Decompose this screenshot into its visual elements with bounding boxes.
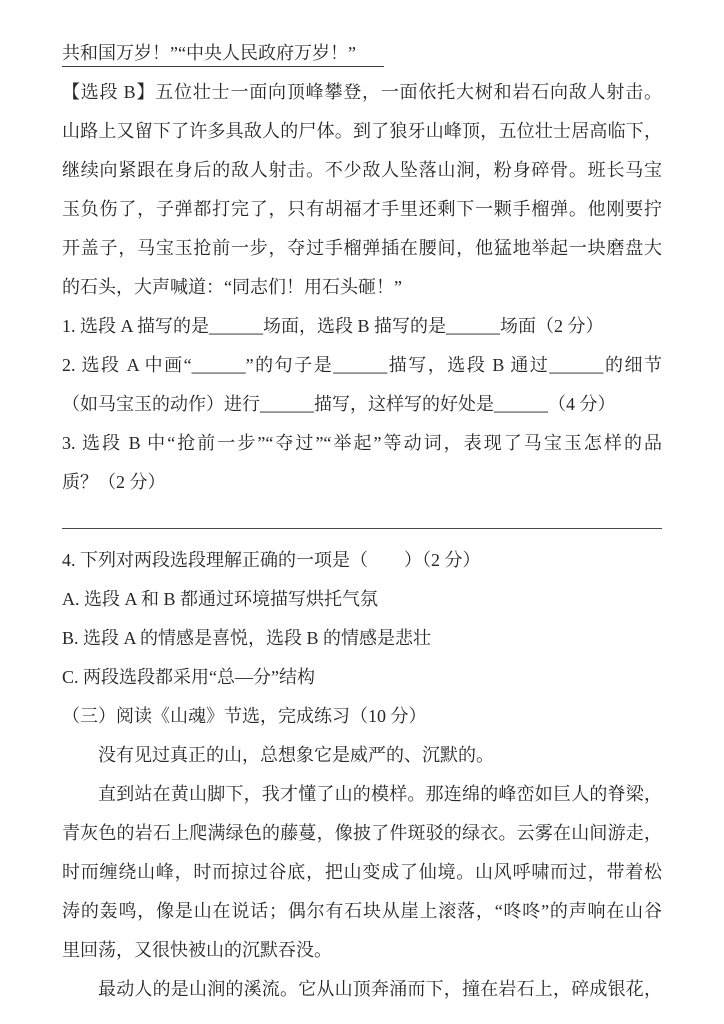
question-2-line-2: （如马宝玉的动作）进行______描写，这样写的好处是______（4 分） xyxy=(62,385,662,424)
question-3-line-2: 质？（2 分） xyxy=(62,463,662,502)
question-4-option-c: C. 两段选段都采用“总—分”结构 xyxy=(62,658,662,697)
question-2-line-1: 2. 选段 A 中画“______”的句子是______描写，选段 B 通过__… xyxy=(62,346,662,385)
essay-line: 涛的轰鸣，像是山在说话；偶尔有石块从崖上滚落，“咚咚”的声响在山谷 xyxy=(62,892,662,931)
essay-line: 最动人的是山涧的溪流。它从山顶奔涌而下，撞在岩石上，碎成银花， xyxy=(62,970,662,1009)
passage-b-line: 开盖子，马宝玉抢前一步，夺过手榴弹插在腰间，他猛地举起一块磨盘大 xyxy=(62,229,662,268)
exam-paper-page: 共和国万岁！”“中央人民政府万岁！” 【选段 B】五位壮士一面向顶峰攀登，一面依… xyxy=(0,0,724,1024)
opening-quote-text: 共和国万岁！”“中央人民政府万岁！” xyxy=(62,40,384,67)
section-three-heading: （三）阅读《山魂》节选，完成练习（10 分） xyxy=(62,697,662,736)
essay-line: 里回荡，又很快被山的沉默吞没。 xyxy=(62,931,662,970)
essay-line: 青灰色的岩石上爬满绿色的藤蔓，像披了件斑驳的绿衣。云雾在山间游走， xyxy=(62,814,662,853)
answer-blank-line xyxy=(62,528,662,529)
opening-quote-line: 共和国万岁！”“中央人民政府万岁！” xyxy=(62,34,662,73)
passage-b-line: 玉负伤了，子弹都打完了，只有胡福才手里还剩下一颗手榴弹。他刚要拧 xyxy=(62,190,662,229)
passage-b-line: 【选段 B】五位壮士一面向顶峰攀登，一面依托大树和岩石向敌人射击。 xyxy=(62,73,662,112)
essay-line: 没有见过真正的山，总想象它是威严的、沉默的。 xyxy=(62,736,662,775)
answer-blank-row xyxy=(62,502,662,541)
question-3-line-1: 3. 选段 B 中“抢前一步”“夺过”“举起”等动词，表现了马宝玉怎样的品 xyxy=(62,424,662,463)
question-4-stem: 4. 下列对两段选段理解正确的一项是（ ）（2 分） xyxy=(62,541,662,580)
essay-line: 时而缠绕山峰，时而掠过谷底，把山变成了仙境。山风呼啸而过，带着松 xyxy=(62,853,662,892)
passage-b-line: 的石头，大声喊道：“同志们！用石头砸！” xyxy=(62,268,662,307)
question-1: 1. 选段 A 描写的是______场面，选段 B 描写的是______场面（2… xyxy=(62,307,662,346)
essay-line: 直到站在黄山脚下，我才懂了山的模样。那连绵的峰峦如巨人的脊梁， xyxy=(62,775,662,814)
question-4-option-a: A. 选段 A 和 B 都通过环境描写烘托气氛 xyxy=(62,580,662,619)
question-4-option-b: B. 选段 A 的情感是喜悦，选段 B 的情感是悲壮 xyxy=(62,619,662,658)
passage-b-line: 山路上又留下了许多具敌人的尸体。到了狼牙山峰顶，五位壮士居高临下， xyxy=(62,112,662,151)
passage-b-line: 继续向紧跟在身后的敌人射击。不少敌人坠落山涧，粉身碎骨。班长马宝 xyxy=(62,151,662,190)
